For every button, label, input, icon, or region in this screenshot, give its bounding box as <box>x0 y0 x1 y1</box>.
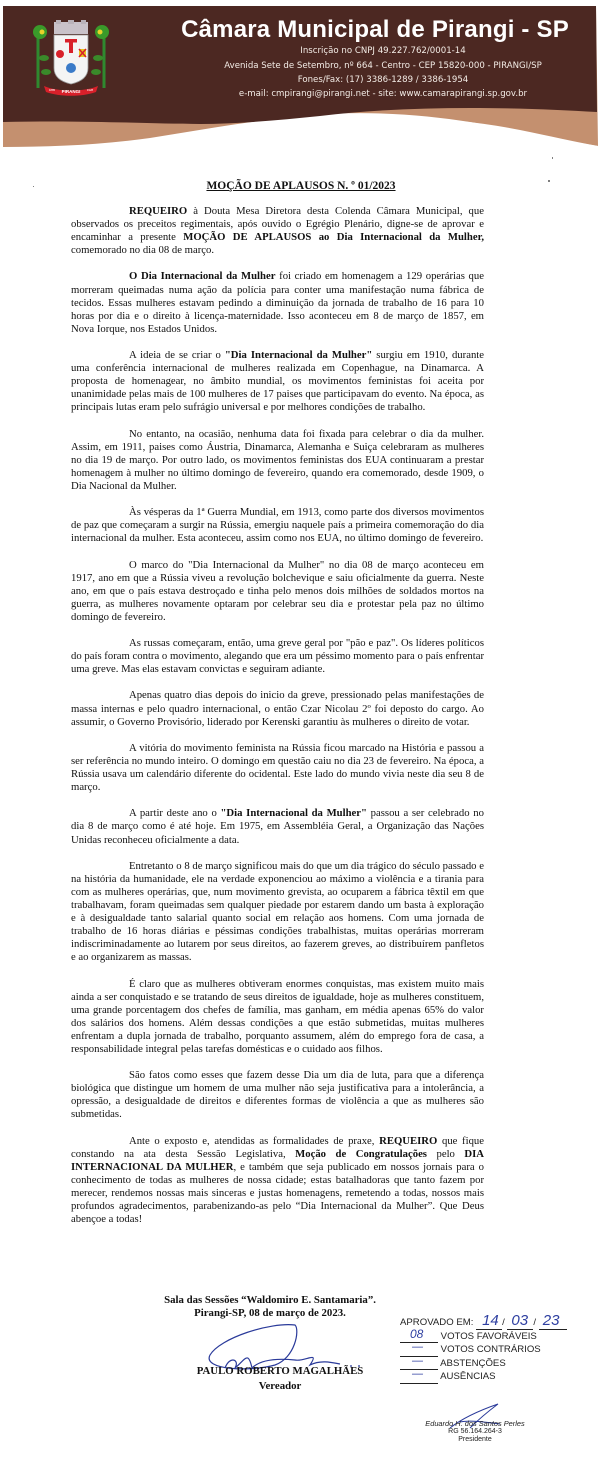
paragraph-text: São fatos como esses que fazem desse Dia… <box>71 1069 484 1120</box>
approval-date-row: APROVADO EM: 14/ 03/ 23 <box>400 1316 600 1330</box>
paragraph: Ante o exposto e, atendidas as formalida… <box>71 1135 484 1227</box>
session-room: Sala das Sessões “Waldomiro E. Santamari… <box>150 1294 390 1307</box>
emphasis-text: REQUEIRO <box>129 205 187 217</box>
absences-row: — AUSÊNCIAS <box>400 1370 600 1384</box>
signer-role: Vereador <box>160 1379 400 1394</box>
abstentions-label: ABSTENÇÕES <box>440 1358 506 1369</box>
paragraph-text: No entanto, na ocasião, nenhuma data foi… <box>71 428 484 492</box>
paragraph: No entanto, na ocasião, nenhuma data foi… <box>71 428 484 493</box>
phone-line: Fones/Fax: (17) 3386-1289 / 3386-1954 <box>158 75 602 85</box>
emphasis-text: O Dia Internacional da Mulher <box>129 270 275 282</box>
abstentions-row: — ABSTENÇÕES <box>400 1357 600 1371</box>
approval-stamp: APROVADO EM: 14/ 03/ 23 08 VOTOS FAVORÁV… <box>400 1316 600 1384</box>
paragraph: As russas começaram, então, uma greve ge… <box>71 637 484 676</box>
paragraph: É claro que as mulheres obtiveram enorme… <box>71 978 484 1057</box>
emphasis-text: "Dia Internacional da Mulher" <box>221 807 367 819</box>
votes-against-label: VOTOS CONTRÁRIOS <box>441 1344 541 1355</box>
contact-line: e-mail: cmpirangi@pirangi.net - site: ww… <box>158 89 602 99</box>
paragraph: Entretanto o 8 de março significou mais … <box>71 860 484 965</box>
paragraph-text: É claro que as mulheres obtiveram enorme… <box>71 978 484 1055</box>
votes-against-row: — VOTOS CONTRÁRIOS <box>400 1343 600 1357</box>
paragraph-text: O marco do "Dia Internacional da Mulher"… <box>71 559 484 623</box>
president-name: Eduardo H. dos Santos Perles <box>420 1420 530 1428</box>
paragraph: A ideia de se criar o "Dia Internacional… <box>71 349 484 414</box>
place-date: Pirangi-SP, 08 de março de 2023. <box>150 1307 390 1320</box>
signer-block: PAULO ROBERTO MAGALHÃES Vereador <box>160 1364 400 1394</box>
paragraph-text: A ideia de se criar o <box>129 349 225 361</box>
paragraph: São fatos como esses que fazem desse Dia… <box>71 1069 484 1121</box>
approved-month-field: 03 <box>507 1319 533 1330</box>
emphasis-text: REQUEIRO <box>379 1135 437 1147</box>
address-line: Avenida Sete de Setembro, nº 664 - Centr… <box>158 61 602 71</box>
paragraph-text: comemorado no dia 08 de março. <box>71 244 214 256</box>
absences-label: AUSÊNCIAS <box>440 1371 495 1382</box>
votes-favor-row: 08 VOTOS FAVORÁVEIS <box>400 1330 600 1344</box>
svg-text:PIRANGI: PIRANGI <box>62 89 81 94</box>
paragraph: Apenas quatro dias depois do inicio da g… <box>71 689 484 728</box>
paragraph: Às vésperas da 1ª Guerra Mundial, em 191… <box>71 506 484 545</box>
paragraph-text: A partir deste ano o <box>129 807 221 819</box>
document-title: MOÇÃO DE APLAUSOS N. º 01/2023 <box>0 180 602 192</box>
coat-of-arms-icon: PIRANGI 1885 1928 <box>32 20 110 100</box>
paragraph-text: Apenas quatro dias depois do inicio da g… <box>71 689 484 727</box>
cnpj-line: Inscrição no CNPJ 49.227.762/0001-14 <box>158 46 602 56</box>
letterhead: PIRANGI 1885 1928 Câmara Municipal de Pi… <box>0 0 602 150</box>
svg-text:1928: 1928 <box>87 88 94 92</box>
emphasis-text: Moção de Congratulações <box>295 1148 427 1160</box>
paragraph-text: Ante o exposto e, atendidas as formalida… <box>129 1135 379 1147</box>
paragraph-text: Entretanto o 8 de março significou mais … <box>71 860 484 964</box>
svg-text:1885: 1885 <box>49 88 56 92</box>
paragraph: A vitória do movimento feminista na Rúss… <box>71 742 484 794</box>
paragraph-text: pelo <box>427 1148 464 1160</box>
votes-favor-label: VOTOS FAVORÁVEIS <box>441 1331 537 1342</box>
closing-block: Sala das Sessões “Waldomiro E. Santamari… <box>150 1294 390 1320</box>
signer-name: PAULO ROBERTO MAGALHÃES <box>160 1364 400 1379</box>
president-rg: RG 56.164.264-3 <box>420 1428 530 1436</box>
paragraph-text: Às vésperas da 1ª Guerra Mundial, em 191… <box>71 506 484 544</box>
paragraph: REQUEIRO à Douta Mesa Diretora desta Col… <box>71 205 484 257</box>
paragraph-text: A vitória do movimento feminista na Rúss… <box>71 742 484 793</box>
emphasis-text: MOÇÃO DE APLAUSOS ao Dia Internacional d… <box>183 231 484 243</box>
institution-name: Câmara Municipal de Pirangi - SP <box>150 16 600 44</box>
approved-year-field: 23 <box>539 1319 567 1330</box>
paragraph: A partir deste ano o "Dia Internacional … <box>71 807 484 846</box>
absences-field: — <box>400 1373 438 1384</box>
document-body: REQUEIRO à Douta Mesa Diretora desta Col… <box>71 205 484 1239</box>
approved-day-field: 14 <box>476 1319 502 1330</box>
paragraph: O marco do "Dia Internacional da Mulher"… <box>71 559 484 624</box>
paragraph-text: As russas começaram, então, uma greve ge… <box>71 637 484 675</box>
scan-speck <box>552 157 553 159</box>
emphasis-text: "Dia Internacional da Mulher" <box>225 349 372 361</box>
president-block: Eduardo H. dos Santos Perles RG 56.164.2… <box>420 1420 530 1444</box>
paragraph: O Dia Internacional da Mulher foi criado… <box>71 270 484 335</box>
president-role: Presidente <box>420 1436 530 1444</box>
